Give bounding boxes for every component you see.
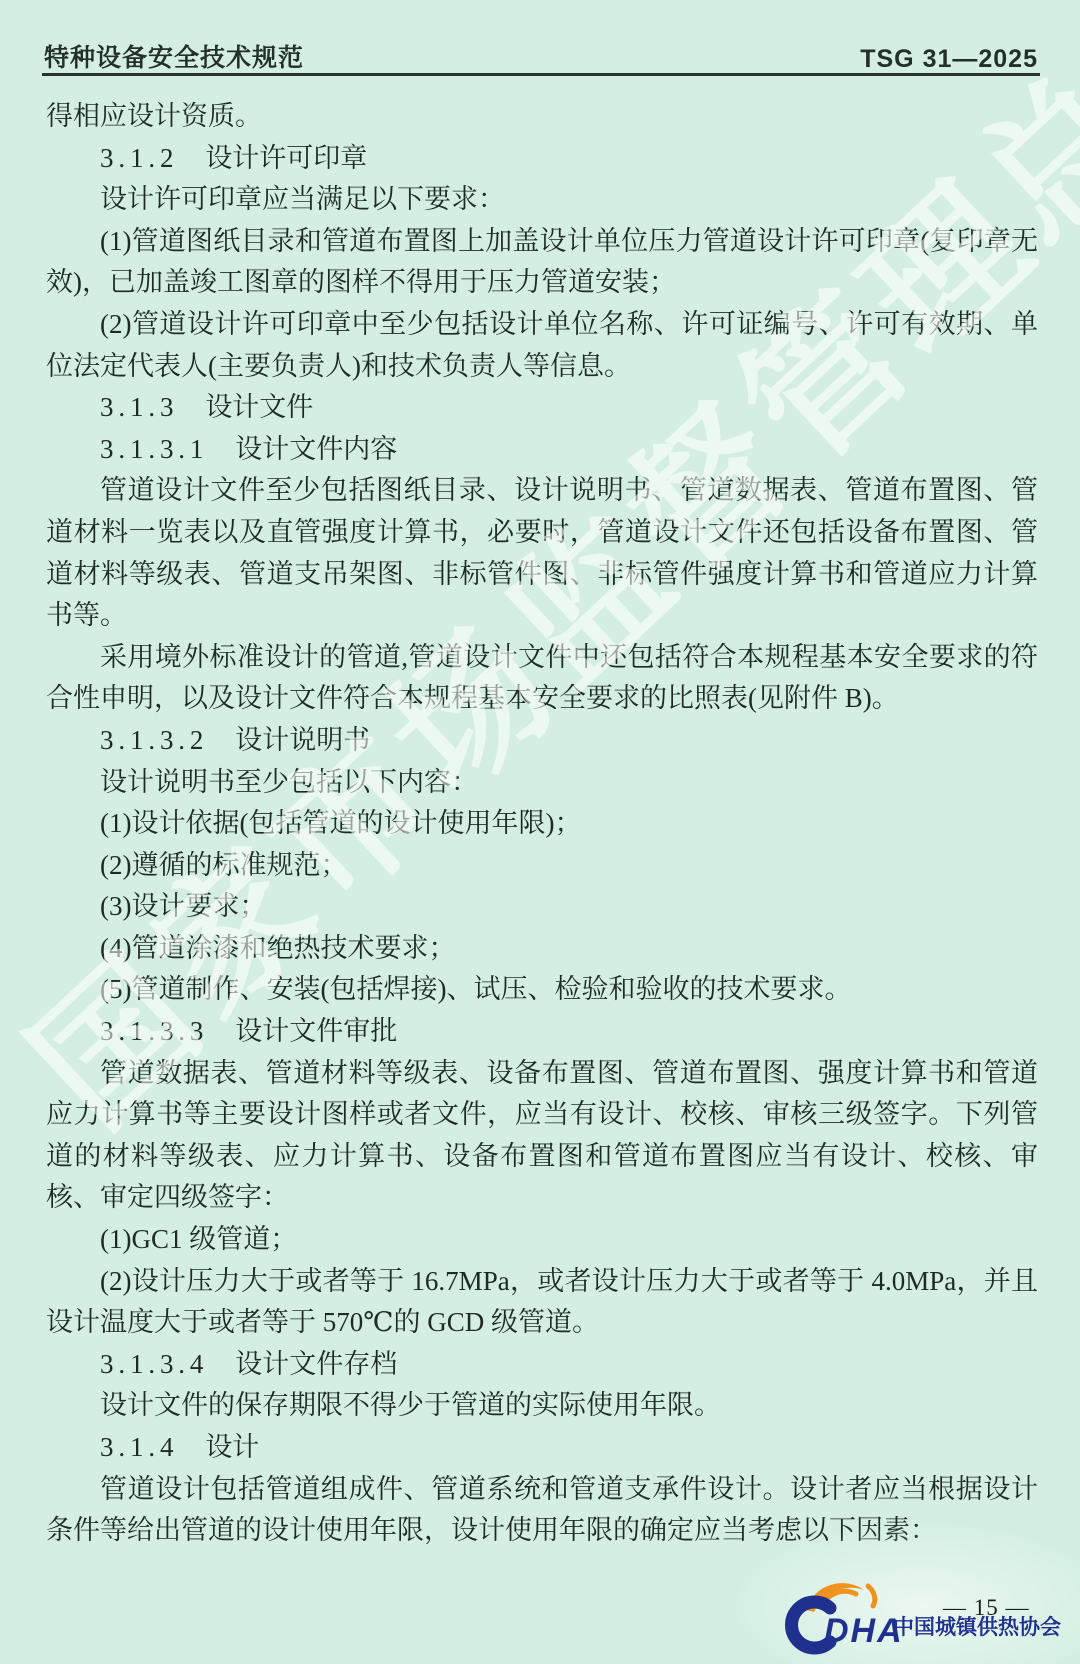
paragraph: 管道数据表、管道材料等级表、设备布置图、管道布置图、强度计算书和管道应力计算书等…: [46, 1053, 1038, 1219]
section-number: 3.1.3.4: [100, 1349, 208, 1379]
section-number: 3.1.3.1: [100, 434, 208, 464]
section-heading: 3.1.4设计: [46, 1427, 1038, 1469]
section-number: 3.1.3.2: [100, 725, 208, 755]
document-body: 得相应设计资质。3.1.2设计许可印章设计许可印章应当满足以下要求：(1)管道图…: [46, 96, 1038, 1552]
paragraph: 设计文件的保存期限不得少于管道的实际使用年限。: [46, 1385, 1038, 1427]
paragraph: (3)设计要求；: [46, 886, 1038, 928]
section-number: 3.1.3: [100, 392, 178, 422]
section-title: 设计文件内容: [235, 434, 397, 464]
section-number: 3.1.2: [100, 143, 178, 173]
paragraph: (2)管道设计许可印章中至少包括设计单位名称、许可证编号、许可有效期、单位法定代…: [46, 304, 1038, 387]
logo-abbr: DHA: [824, 1612, 904, 1650]
section-title: 设计文件审批: [235, 1016, 397, 1046]
section-heading: 3.1.3设计文件: [46, 387, 1038, 429]
paragraph: (1)管道图纸目录和管道布置图上加盖设计单位压力管道设计许可印章(复印章无效)，…: [46, 221, 1038, 304]
section-heading: 3.1.3.2设计说明书: [46, 720, 1038, 762]
section-title: 设计文件: [205, 392, 313, 422]
header-rule: [42, 73, 1040, 76]
page-number: — 15 —: [943, 1595, 1030, 1621]
section-title: 设计许可印章: [205, 143, 367, 173]
paragraph: (5)管道制作、安装(包括焊接)、试压、检验和验收的技术要求。: [46, 969, 1038, 1011]
document-header: 特种设备安全技术规范 TSG 31—2025: [44, 38, 1038, 74]
header-code: TSG 31—2025: [860, 45, 1038, 74]
paragraph: 设计许可印章应当满足以下要求：: [46, 179, 1038, 221]
section-title: 设计说明书: [235, 725, 370, 755]
header-title: 特种设备安全技术规范: [44, 38, 304, 74]
paragraph: (1)设计依据(包括管道的设计使用年限)；: [46, 803, 1038, 845]
section-heading: 3.1.3.4设计文件存档: [46, 1344, 1038, 1386]
paragraph: (2)遵循的标准规范；: [46, 845, 1038, 887]
section-title: 设计: [205, 1432, 259, 1462]
document-page: 特种设备安全技术规范 TSG 31—2025 得相应设计资质。3.1.2设计许可…: [0, 0, 1080, 1664]
section-number: 3.1.3.3: [100, 1016, 208, 1046]
section-heading: 3.1.3.3设计文件审批: [46, 1011, 1038, 1053]
paragraph: (1)GC1 级管道；: [46, 1219, 1038, 1261]
paragraph: 管道设计文件至少包括图纸目录、设计说明书、管道数据表、管道布置图、管道材料一览表…: [46, 470, 1038, 636]
paragraph: 采用境外标准设计的管道,管道设计文件中还包括符合本规程基本安全要求的符合性申明，…: [46, 637, 1038, 720]
paragraph: 设计说明书至少包括以下内容：: [46, 762, 1038, 804]
paragraph: (2)设计压力大于或者等于 16.7MPa，或者设计压力大于或者等于 4.0MP…: [46, 1261, 1038, 1344]
section-number: 3.1.4: [100, 1432, 178, 1462]
section-heading: 3.1.3.1设计文件内容: [46, 429, 1038, 471]
section-title: 设计文件存档: [235, 1349, 397, 1379]
paragraph: 得相应设计资质。: [46, 96, 1038, 138]
section-heading: 3.1.2设计许可印章: [46, 138, 1038, 180]
paragraph: (4)管道涂漆和绝热技术要求；: [46, 928, 1038, 970]
